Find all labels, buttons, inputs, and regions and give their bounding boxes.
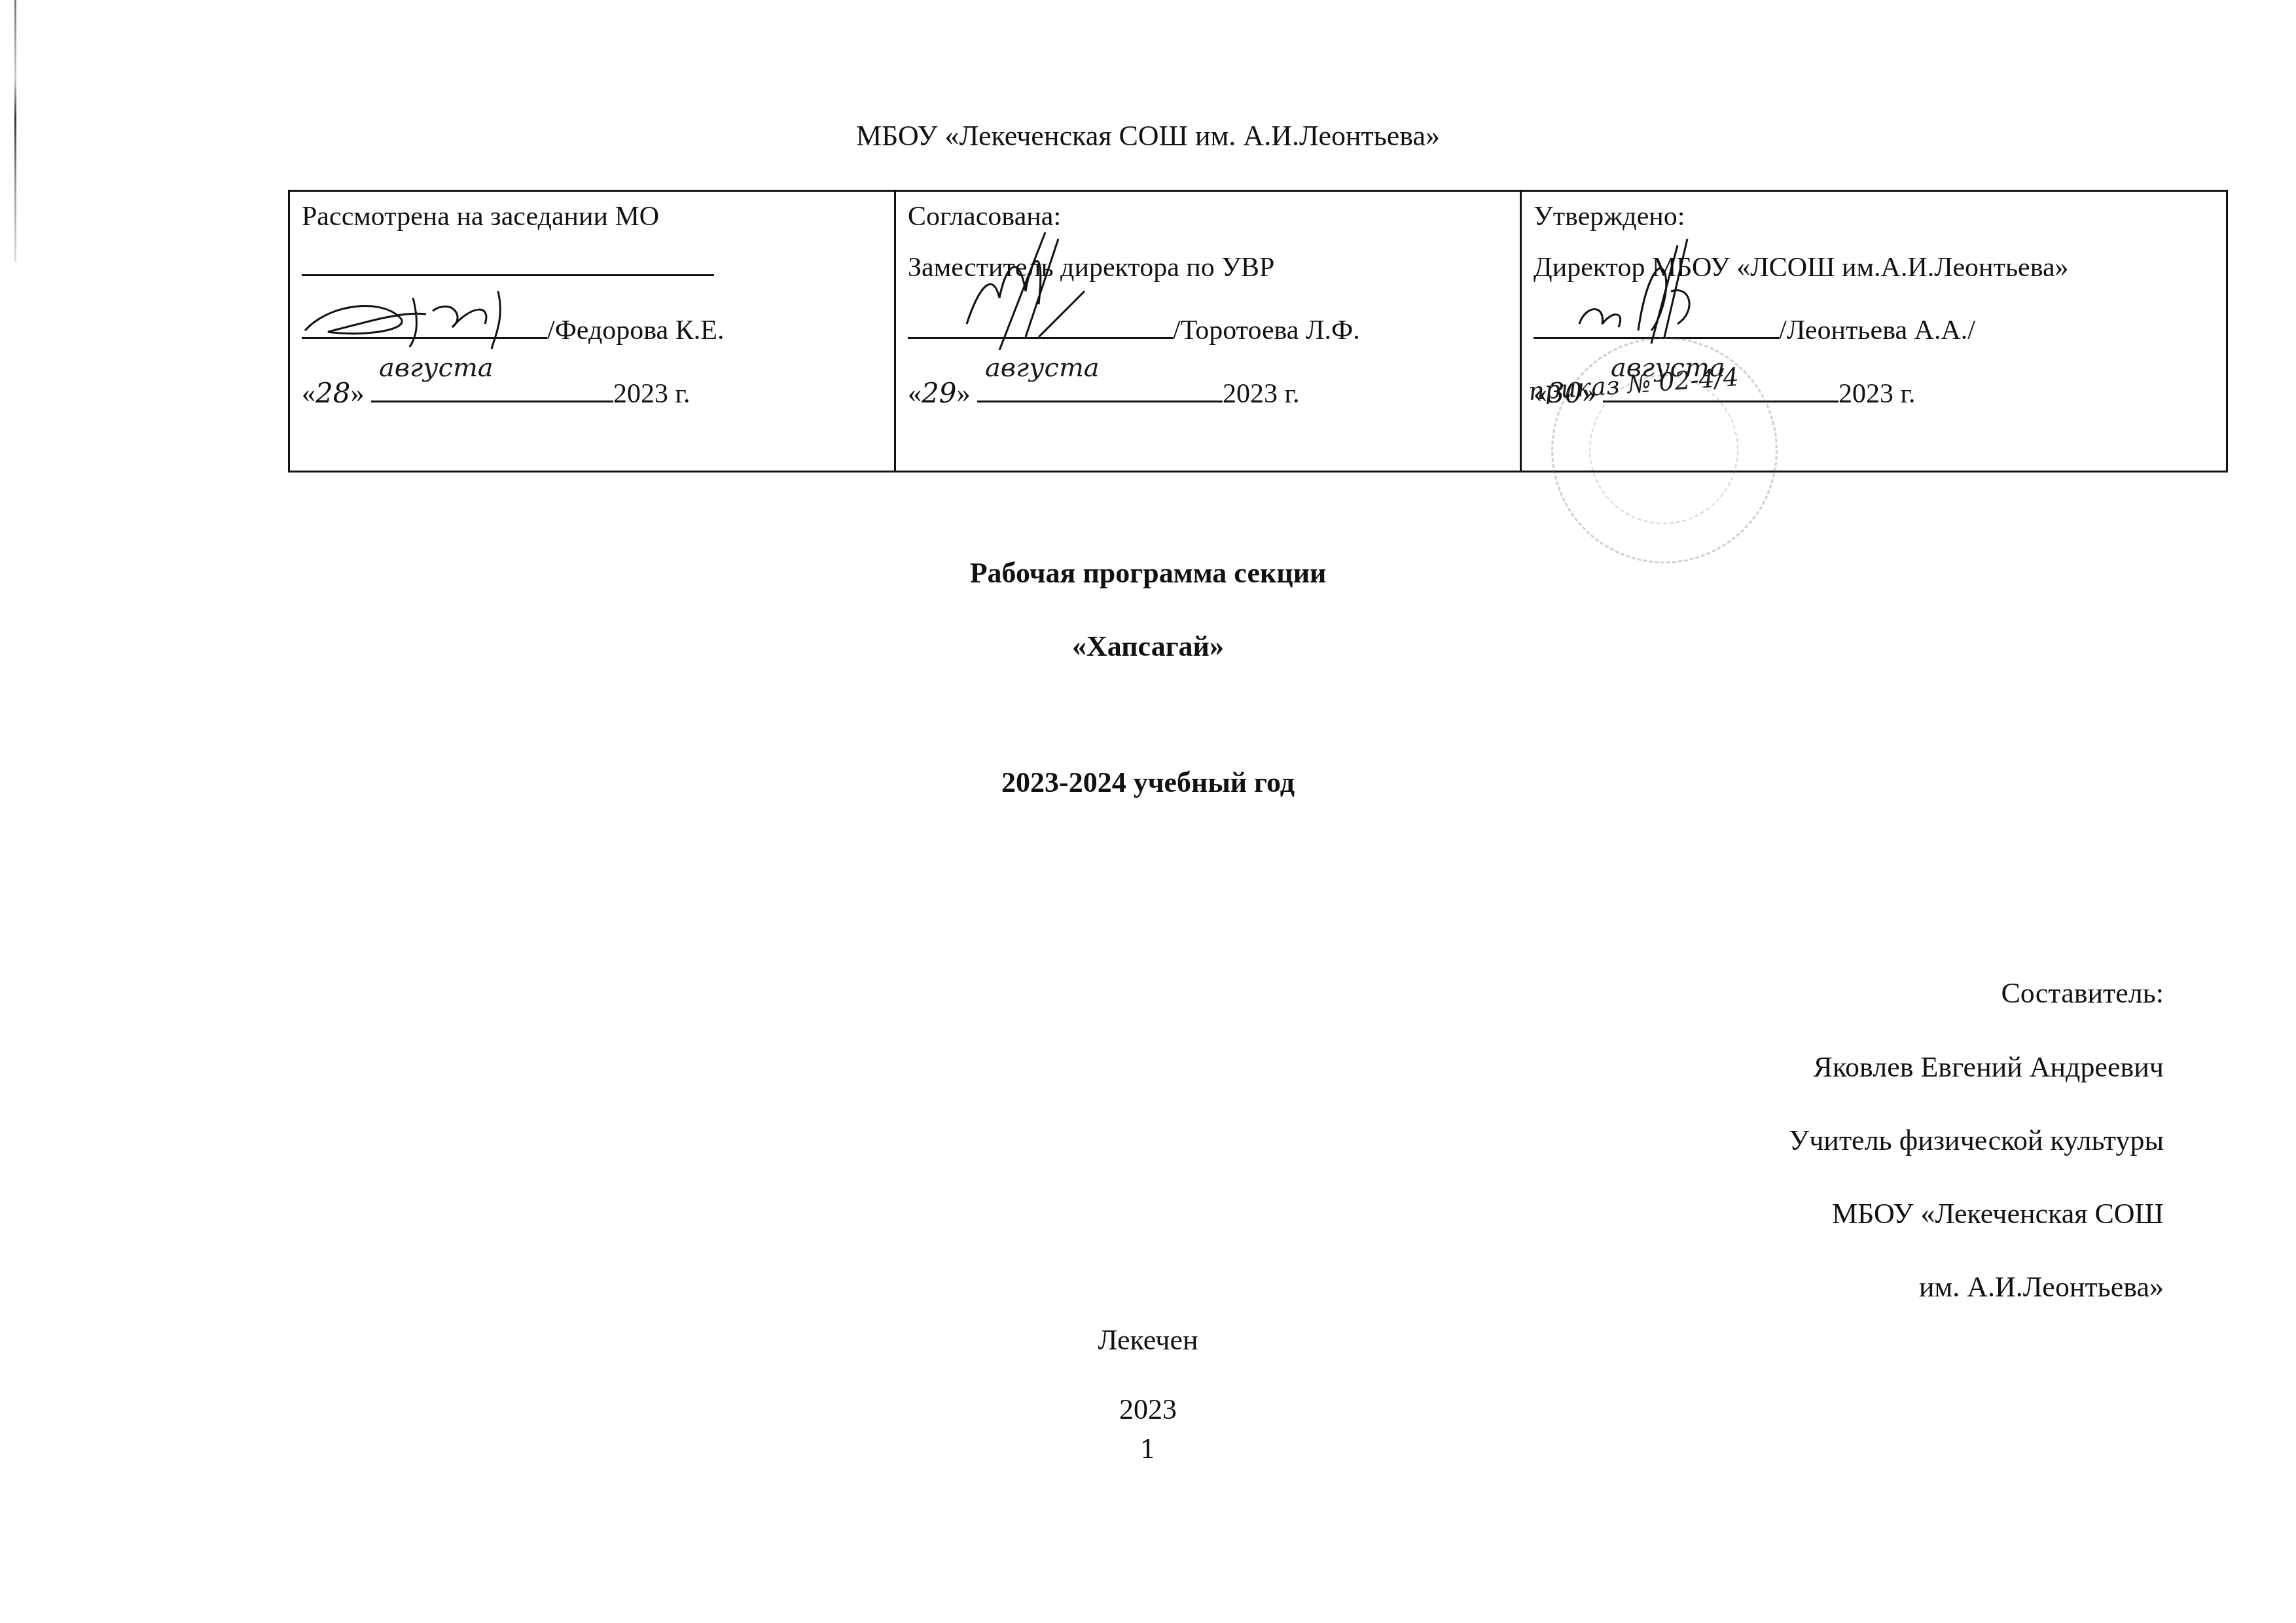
approval-cell-agreed: Согласована: Заместитель директора по УВ… — [895, 191, 1521, 472]
signer-name: /Торотоева Л.Ф. — [1173, 315, 1360, 346]
organization-header: МБОУ «Лекеченская СОШ им. А.И.Леонтьева» — [0, 119, 2296, 152]
signer-name: /Леонтьева А.А./ — [1779, 315, 1975, 346]
date-year: 2023 г. — [1839, 379, 1916, 409]
signer-name: /Федорова К.Е. — [547, 315, 724, 346]
year: 2023 — [0, 1393, 2296, 1426]
cell-title: Утверждено: — [1534, 197, 2214, 236]
composer-label: Составитель: — [2001, 976, 2164, 1010]
position: Директор МБОУ «ЛСОШ им.А.И.Леонтьева» — [1534, 236, 2214, 299]
composer-name: Яковлев Евгений Андреевич — [1814, 1050, 2164, 1084]
approval-table: Рассмотрена на заседании МО /Федорова К.… — [288, 190, 2228, 473]
composer-org-line1: МБОУ «Лекеченская СОШ — [1832, 1197, 2164, 1230]
position: Заместитель директора по УВР — [908, 236, 1508, 299]
date-month: августа — [379, 336, 493, 399]
place: Лекечен — [0, 1323, 2296, 1357]
date-year: 2023 г. — [613, 379, 691, 409]
page-number: 1 — [0, 1435, 2296, 1465]
date-day: 29 — [922, 377, 956, 409]
composer-org-line2: им. А.И.Леонтьева» — [1919, 1270, 2164, 1304]
date-year: 2023 г. — [1223, 379, 1300, 409]
composer-role: Учитель физической культуры — [1789, 1124, 2164, 1157]
date-line: «28» августа 2023 г. — [302, 362, 882, 425]
cell-title: Согласована: — [908, 197, 1508, 236]
date-day: 28 — [315, 377, 350, 409]
mo-protocol-line — [302, 236, 882, 299]
academic-year: 2023-2024 учебный год — [0, 766, 2296, 799]
date-month: августа — [985, 336, 1100, 399]
approval-cell-reviewed: Рассмотрена на заседании МО /Федорова К.… — [289, 191, 895, 472]
cell-title: Рассмотрена на заседании МО — [302, 197, 882, 236]
program-title: Рабочая программа секции — [0, 556, 2296, 590]
section-name: «Хапсагай» — [0, 630, 2296, 663]
date-line: «29» августа 2023 г. — [908, 362, 1508, 425]
